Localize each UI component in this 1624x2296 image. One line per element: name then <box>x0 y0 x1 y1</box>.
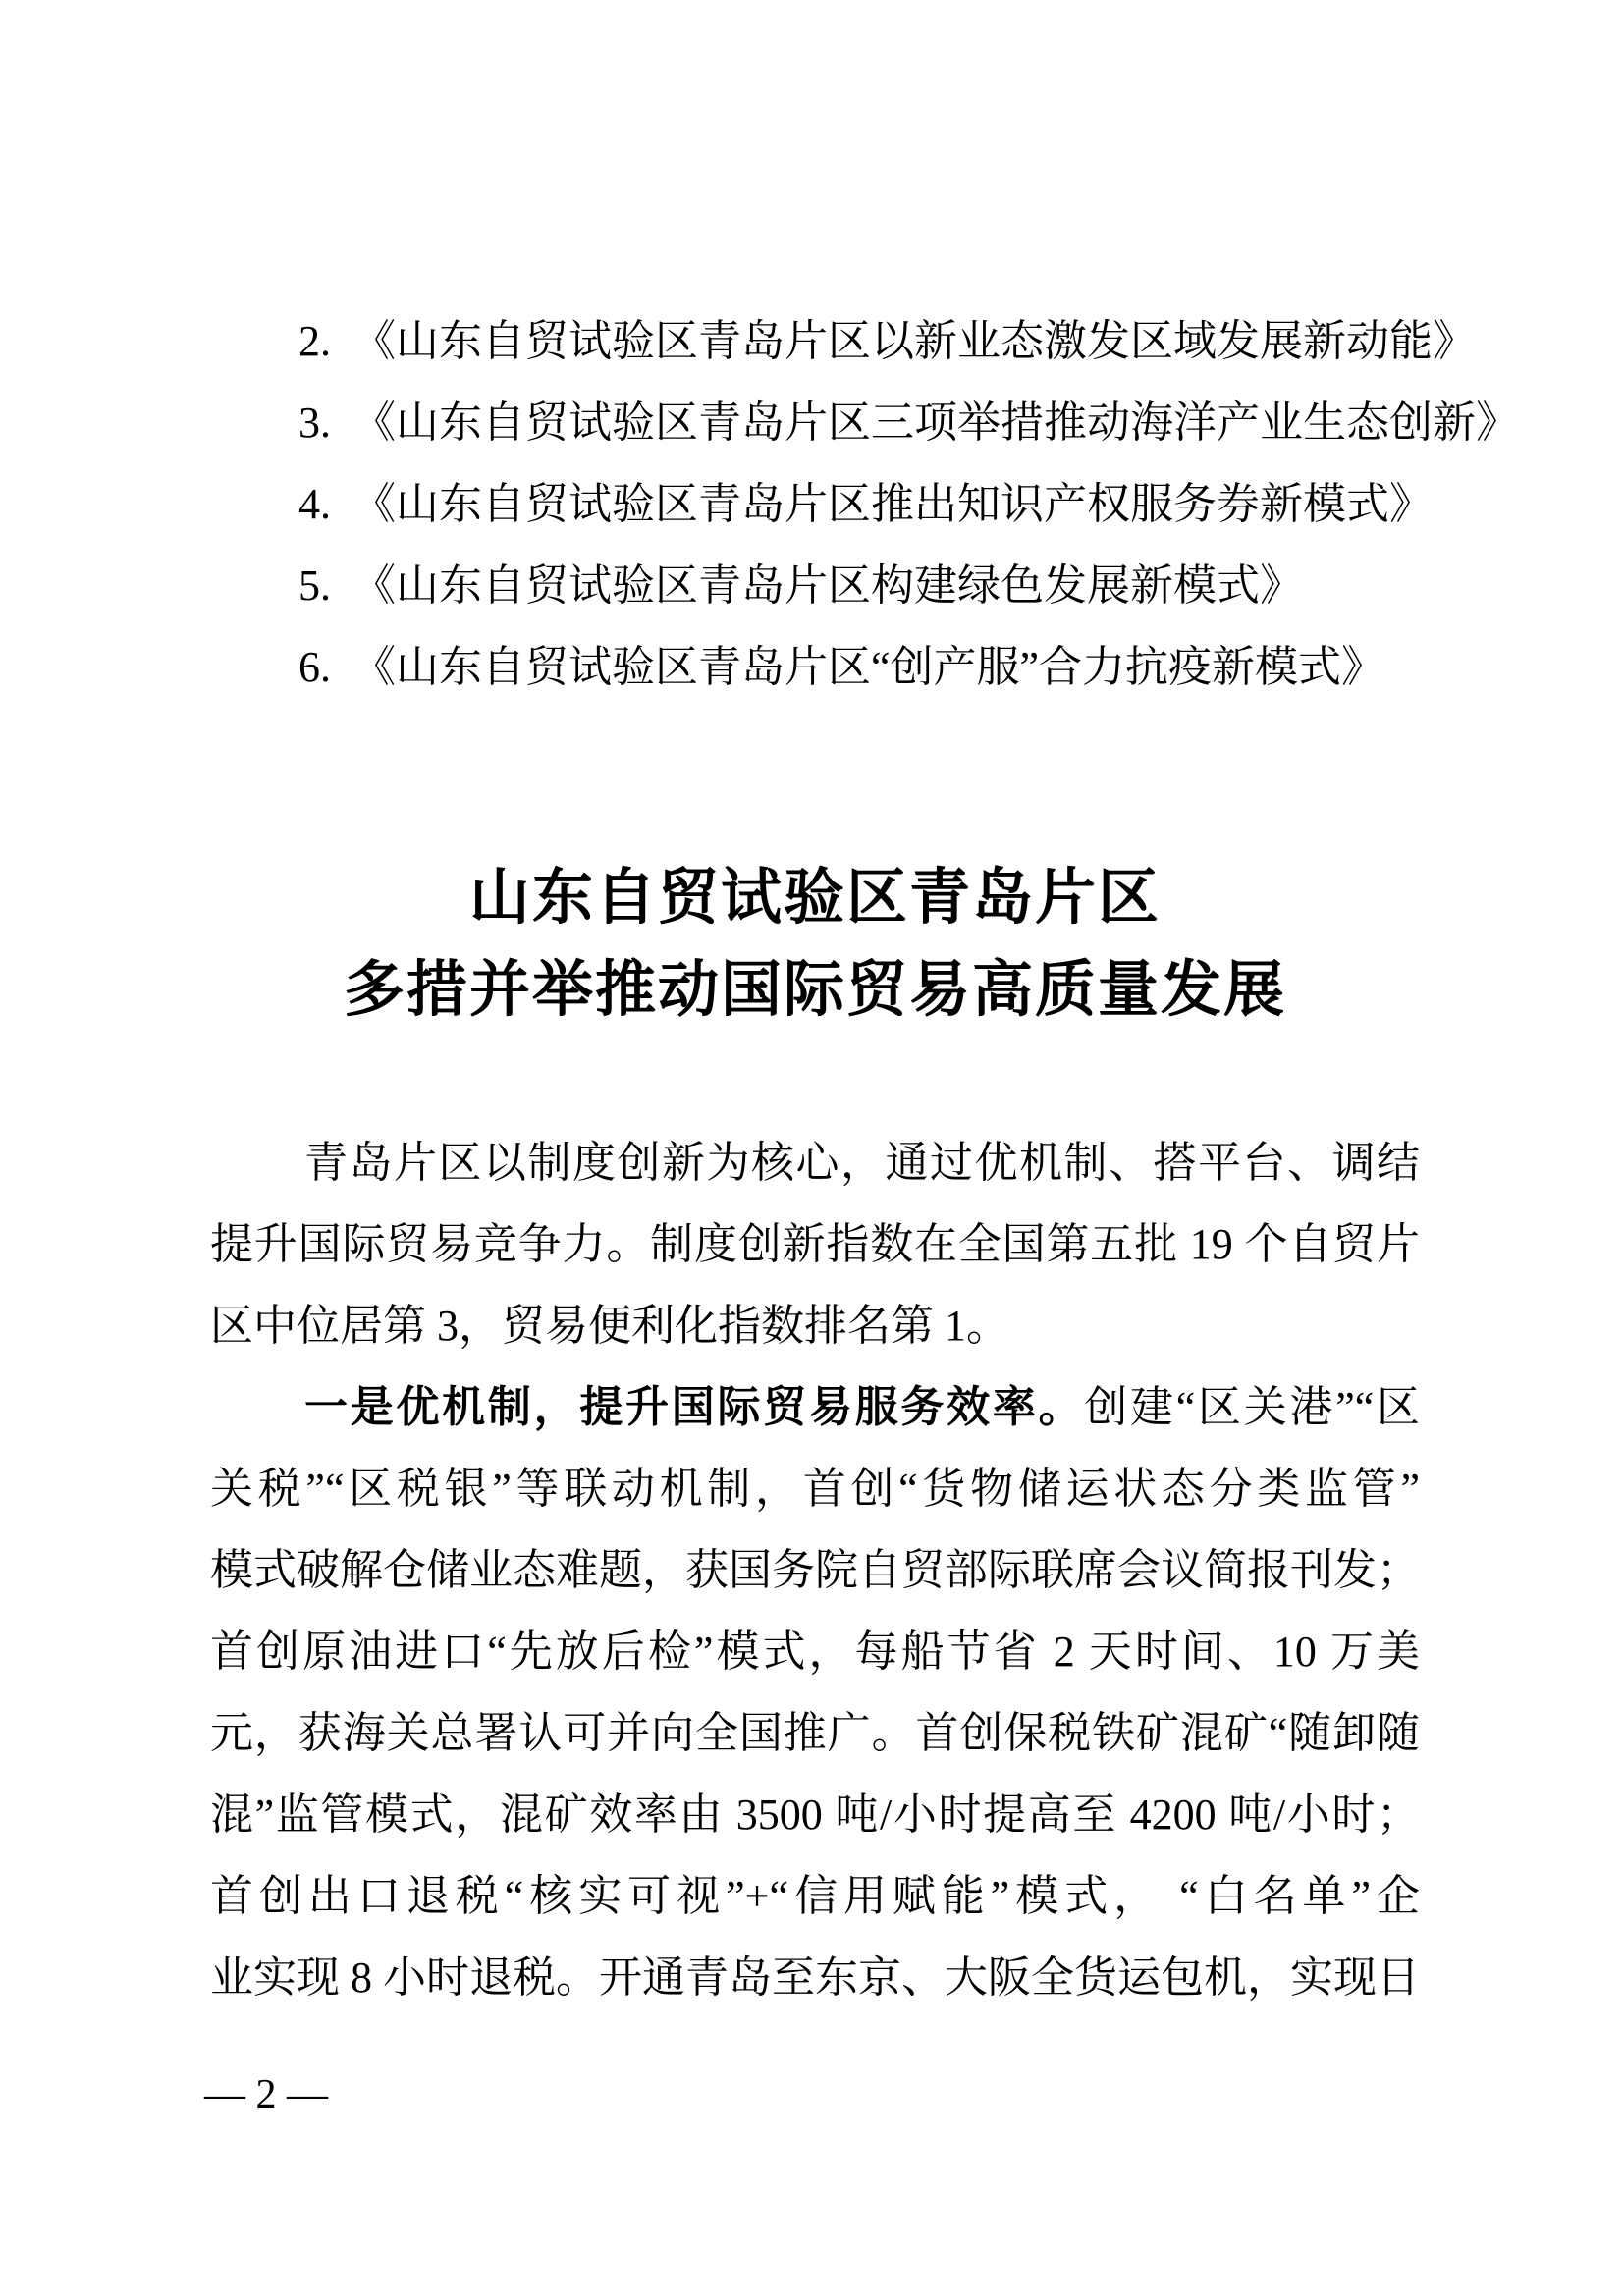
list-item-number: 6. <box>298 626 331 708</box>
list-item-number: 3. <box>298 382 331 463</box>
body-line: 首创原油进口“先放后检”模式，每船节省 2 天时间、10 万美 <box>210 1611 1420 1692</box>
list-item-title: 《山东自贸试验区青岛片区构建绿色发展新模式》 <box>352 545 1303 626</box>
list-item: 4.《山东自贸试验区青岛片区推出知识产权服务券新模式》 <box>210 463 1420 545</box>
list-item: 2.《山东自贸试验区青岛片区以新业态激发区域发展新动能》 <box>210 300 1420 382</box>
body-text: 区中位居第 3，贸易便利化指数排名第 1。 <box>210 1302 1009 1350</box>
page-number-footer: — 2 — <box>204 2067 328 2122</box>
list-item: 3.《山东自贸试验区青岛片区三项举措推动海洋产业生态创新》 <box>210 382 1420 463</box>
body-line: 区中位居第 3，贸易便利化指数排名第 1。 <box>210 1285 1420 1366</box>
list-item-title: 《山东自贸试验区青岛片区“创产服”合力抗疫新模式》 <box>352 626 1384 708</box>
body-text: 创建“区关港”“区 <box>1084 1383 1420 1431</box>
body-line: 混”监管模式，混矿效率由 3500 吨/小时提高至 4200 吨/小时； <box>210 1774 1420 1855</box>
body-text: 混”监管模式，混矿效率由 3500 吨/小时提高至 4200 吨/小时； <box>210 1790 1420 1839</box>
body-line: 青岛片区以制度创新为核心，通过优机制、搭平台、调结构， <box>210 1122 1420 1203</box>
attachment-list: 2.《山东自贸试验区青岛片区以新业态激发区域发展新动能》3.《山东自贸试验区青岛… <box>210 300 1420 708</box>
body-line: 一是优机制，提升国际贸易服务效率。创建“区关港”“区 <box>210 1366 1420 1448</box>
list-item-number: 2. <box>298 300 331 382</box>
list-item-number: 5. <box>298 545 331 626</box>
paragraph-1: 青岛片区以制度创新为核心，通过优机制、搭平台、调结构，提升国际贸易竞争力。制度创… <box>210 1122 1420 1366</box>
paragraph-2: 一是优机制，提升国际贸易服务效率。创建“区关港”“区关税”“区税银”等联动机制，… <box>210 1366 1420 2018</box>
list-item: 5.《山东自贸试验区青岛片区构建绿色发展新模式》 <box>210 545 1420 626</box>
body-text: 青岛片区以制度创新为核心，通过优机制、搭平台、调结构， <box>304 1139 1420 1203</box>
body-line: 首创出口退税“核实可视”+“信用赋能”模式， “白名单”企 <box>210 1855 1420 1937</box>
list-item-title: 《山东自贸试验区青岛片区以新业态激发区域发展新动能》 <box>352 300 1476 382</box>
bold-lead-text: 一是优机制，提升国际贸易服务效率。 <box>304 1383 1084 1431</box>
body-line: 业实现 8 小时退税。开通青岛至东京、大阪全货运包机，实现日 <box>210 1937 1420 2018</box>
body-text: 首创原油进口“先放后检”模式，每船节省 2 天时间、10 万美 <box>210 1628 1420 1676</box>
article-title: 山东自贸试验区青岛片区 多措并举推动国际贸易高质量发展 <box>210 852 1420 1037</box>
body-line: 关税”“区税银”等联动机制，首创“货物储运状态分类监管” <box>210 1448 1420 1529</box>
body-text: 元，获海关总署认可并向全国推广。首创保税铁矿混矿“随卸随 <box>210 1709 1420 1757</box>
document-page: 2.《山东自贸试验区青岛片区以新业态激发区域发展新动能》3.《山东自贸试验区青岛… <box>0 0 1624 2296</box>
body-text: 关税”“区税银”等联动机制，首创“货物储运状态分类监管” <box>210 1465 1420 1513</box>
body-text: 业实现 8 小时退税。开通青岛至东京、大阪全货运包机，实现日 <box>210 1953 1420 2002</box>
body-text: 模式破解仓储业态难题，获国务院自贸部际联席会议简报刊发； <box>210 1546 1420 1594</box>
list-item-title: 《山东自贸试验区青岛片区推出知识产权服务券新模式》 <box>352 463 1433 545</box>
list-item: 6.《山东自贸试验区青岛片区“创产服”合力抗疫新模式》 <box>210 626 1420 708</box>
body-text: 首创出口退税“核实可视”+“信用赋能”模式， “白名单”企 <box>210 1872 1420 1920</box>
article-body: 青岛片区以制度创新为核心，通过优机制、搭平台、调结构，提升国际贸易竞争力。制度创… <box>210 1122 1420 2018</box>
body-line: 提升国际贸易竞争力。制度创新指数在全国第五批 19 个自贸片 <box>210 1203 1420 1285</box>
body-line: 元，获海关总署认可并向全国推广。首创保税铁矿混矿“随卸随 <box>210 1692 1420 1774</box>
article-title-line-1: 山东自贸试验区青岛片区 <box>210 852 1420 944</box>
list-item-title: 《山东自贸试验区青岛片区三项举措推动海洋产业生态创新》 <box>352 382 1519 463</box>
article-title-line-2: 多措并举推动国际贸易高质量发展 <box>210 944 1420 1037</box>
body-line: 模式破解仓储业态难题，获国务院自贸部际联席会议简报刊发； <box>210 1529 1420 1611</box>
body-text: 提升国际贸易竞争力。制度创新指数在全国第五批 19 个自贸片 <box>210 1220 1420 1268</box>
list-item-number: 4. <box>298 463 331 545</box>
